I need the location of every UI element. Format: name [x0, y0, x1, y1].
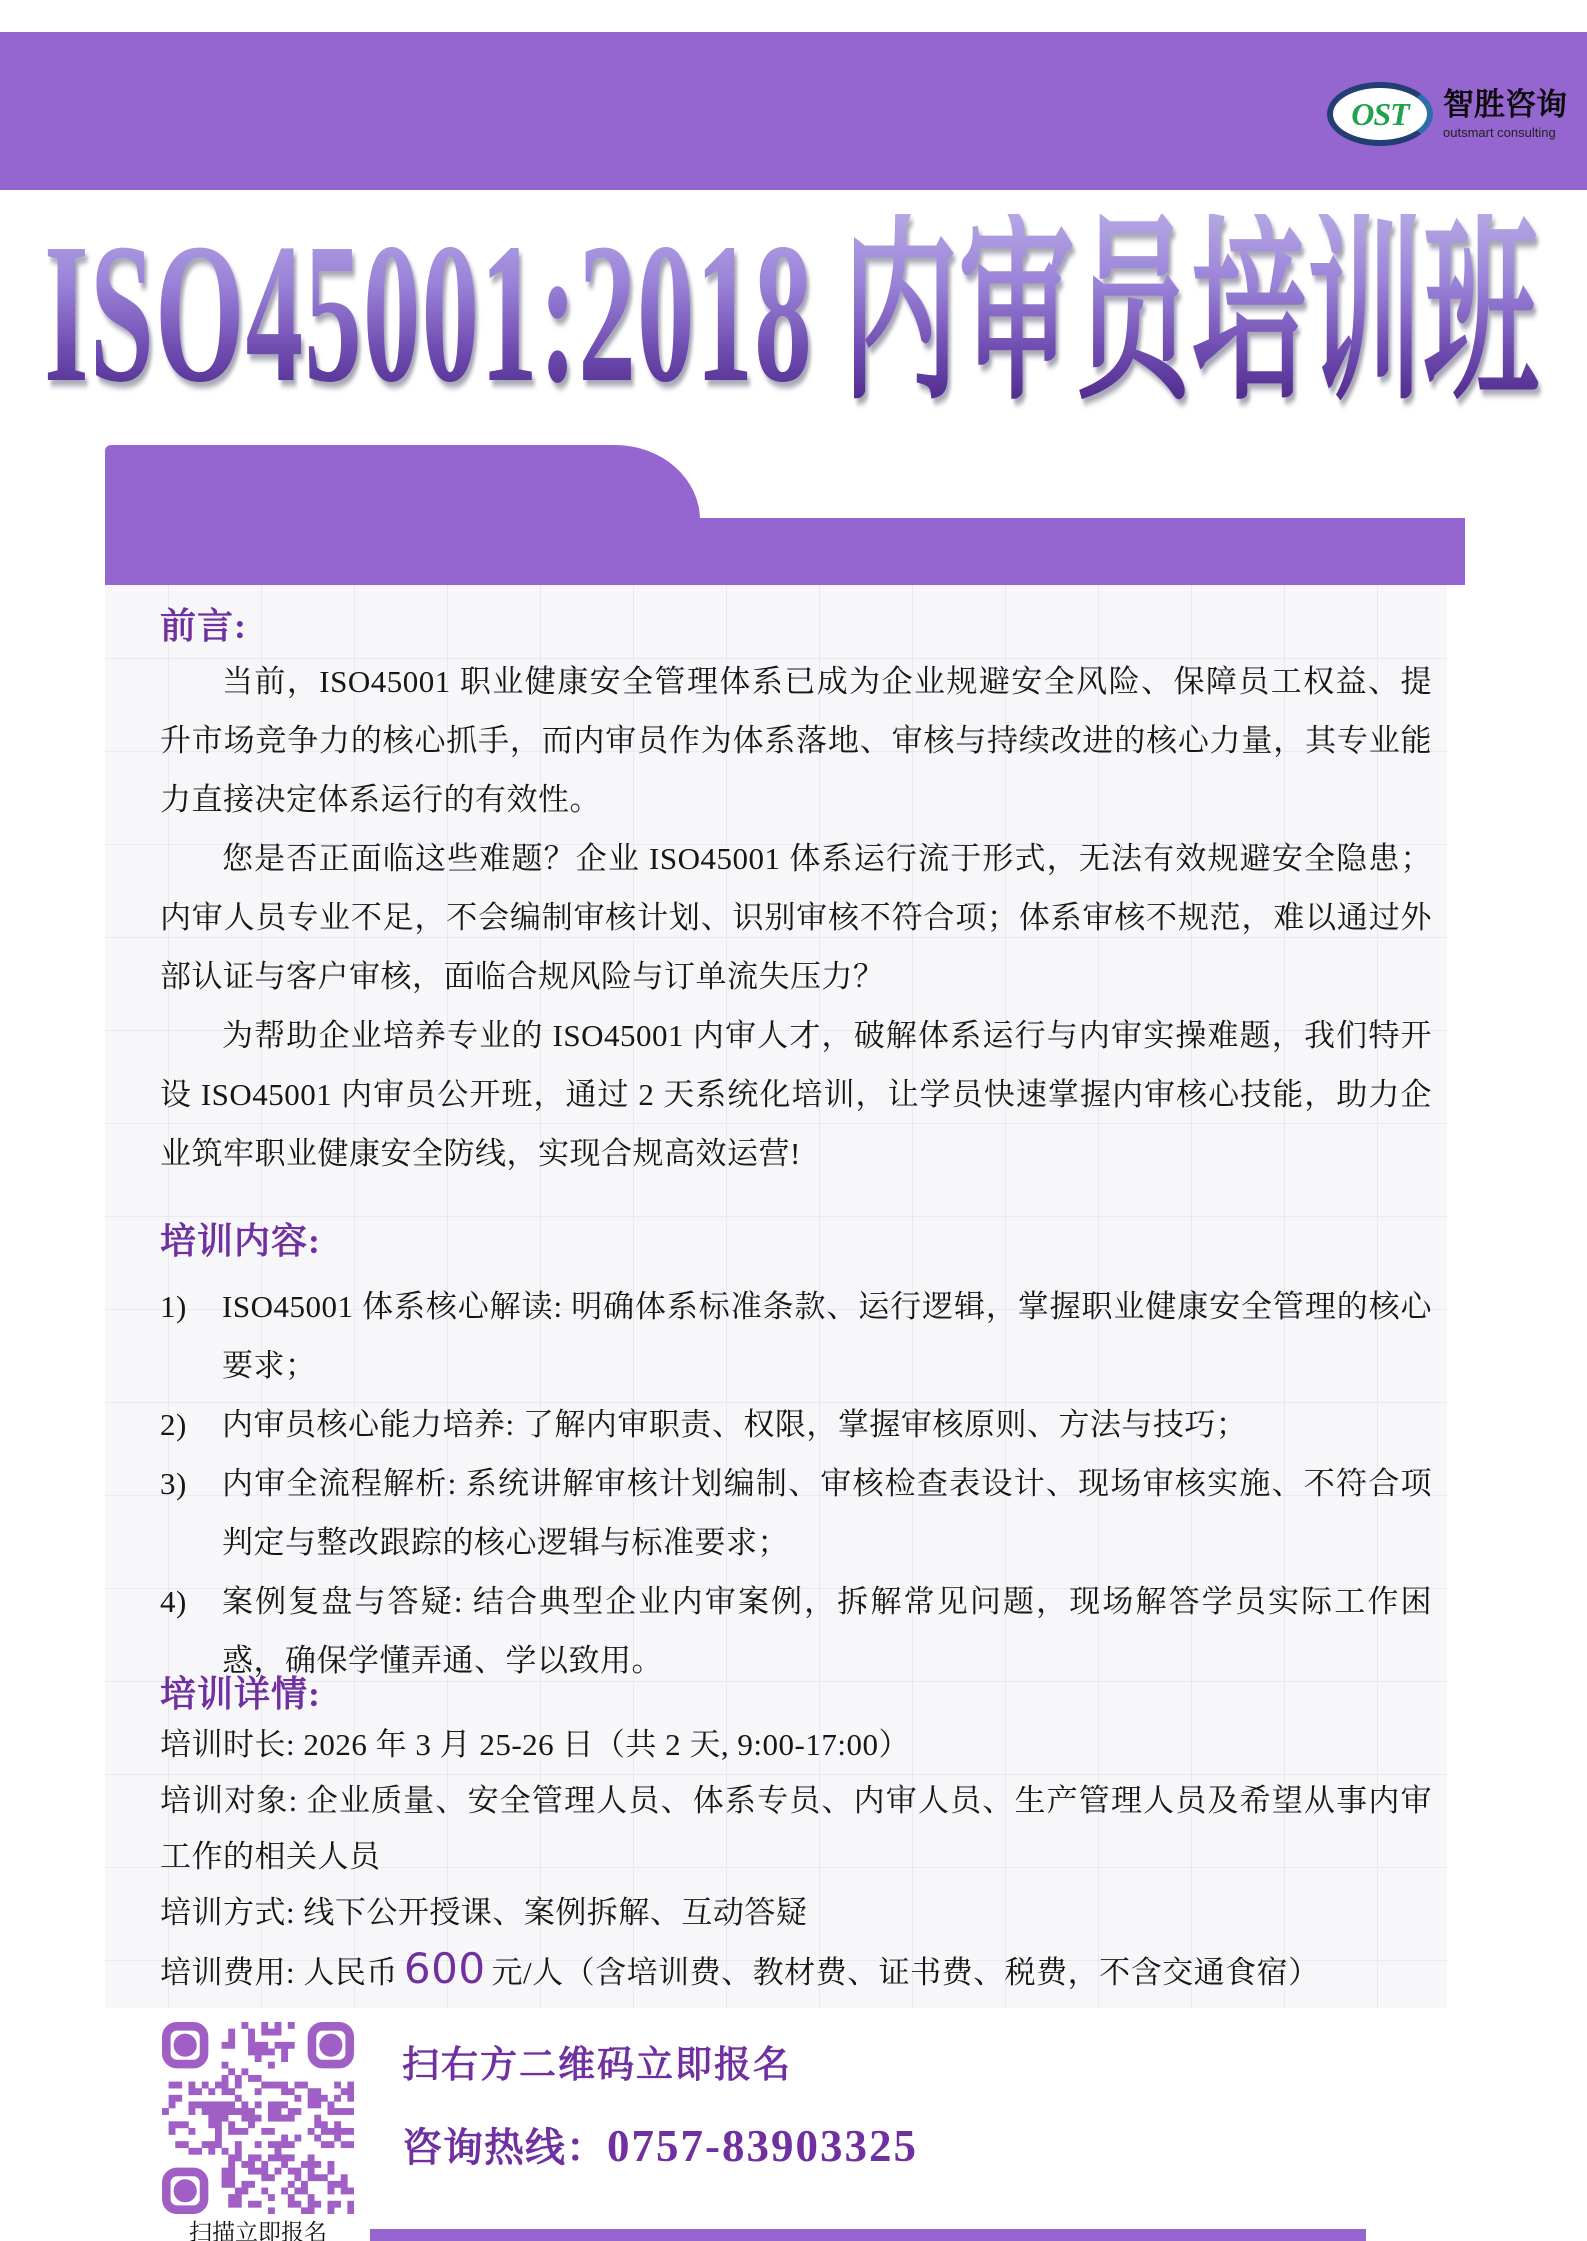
detail-fee: 培训费用: 人民币600元/人（含培训费、教材费、证书费、税费，不含交通食宿）	[160, 1941, 1432, 2001]
course-title: ISO45001:2018 内审员培训班	[44, 214, 1540, 414]
preface-heading: 前言:	[160, 598, 247, 649]
content-heading: 培训内容:	[160, 1213, 321, 1264]
fee-amount: 600	[398, 1944, 492, 1993]
qr-code	[162, 2022, 354, 2214]
content-list: 1) ISO45001 体系核心解读: 明确体系标准条款、运行逻辑，掌握职业健康…	[160, 1277, 1432, 1690]
qr-code-graphic	[162, 2022, 354, 2214]
fee-pre: 人民币	[303, 1955, 398, 1990]
flyer-page: OST 智胜咨询 outsmart consulting ISO45001:20…	[0, 0, 1587, 2241]
qr-finder-bottom-left	[166, 2172, 204, 2210]
preface-paragraphs: 当前，ISO45001 职业健康安全管理体系已成为企业规避安全风险、保障员工权益…	[160, 652, 1432, 1183]
company-logo: OST 智胜咨询 outsmart consulting	[1327, 82, 1567, 146]
fee-label: 培训费用:	[160, 1955, 303, 1990]
hotline: 咨询热线：0757-83903325	[402, 2116, 918, 2173]
list-item: 2) 内审员核心能力培养: 了解内审职责、权限，掌握审核原则、方法与技巧；	[160, 1395, 1432, 1454]
list-item-number: 2)	[160, 1395, 222, 1454]
list-item-number: 3)	[160, 1454, 222, 1572]
preface-paragraph: 为帮助企业培养专业的 ISO45001 内审人才，破解体系运行与内审实操难题，我…	[160, 1006, 1432, 1183]
company-name: 智胜咨询	[1443, 88, 1567, 122]
hotline-number: 0757-83903325	[607, 2121, 918, 2171]
list-item-text: ISO45001 体系核心解读: 明确体系标准条款、运行逻辑，掌握职业健康安全管…	[222, 1277, 1432, 1395]
hotline-label: 咨询热线：	[402, 2125, 607, 2170]
list-item-text: 案例复盘与答疑: 结合典型企业内审案例，拆解常见问题，现场解答学员实际工作困惑，…	[222, 1572, 1432, 1690]
company-tagline: outsmart consulting	[1443, 126, 1567, 140]
detail-method: 培训方式: 线下公开授课、案例拆解、互动答疑	[160, 1885, 1432, 1941]
qr-caption: 扫描立即报名	[162, 2214, 354, 2241]
fee-post: 元/人（含培训费、教材费、证书费、税费，不含交通食宿）	[492, 1955, 1320, 1990]
tab-band	[105, 518, 1465, 585]
qr-finder-top-right	[312, 2026, 350, 2064]
signup-cta: 扫右方二维码立即报名	[402, 2034, 792, 2088]
list-item: 3) 内审全流程解析: 系统讲解审核计划编制、审核检查表设计、现场审核实施、不符…	[160, 1454, 1432, 1572]
list-item-number: 1)	[160, 1277, 222, 1395]
qr-finder-top-left	[166, 2026, 204, 2064]
bottom-accent-bar	[370, 2229, 1366, 2241]
list-item-text: 内审员核心能力培养: 了解内审职责、权限，掌握审核原则、方法与技巧；	[222, 1395, 1432, 1454]
logo-abbr: OST	[1351, 96, 1408, 133]
list-item: 4) 案例复盘与答疑: 结合典型企业内审案例，拆解常见问题，现场解答学员实际工作…	[160, 1572, 1432, 1690]
logo-ring-icon: OST	[1327, 82, 1433, 146]
preface-paragraph: 当前，ISO45001 职业健康安全管理体系已成为企业规避安全风险、保障员工权益…	[160, 652, 1432, 829]
list-item: 1) ISO45001 体系核心解读: 明确体系标准条款、运行逻辑，掌握职业健康…	[160, 1277, 1432, 1395]
header-banner: OST 智胜咨询 outsmart consulting	[0, 32, 1587, 190]
list-item-text: 内审全流程解析: 系统讲解审核计划编制、审核检查表设计、现场审核实施、不符合项判…	[222, 1454, 1432, 1572]
details-heading: 培训详情:	[160, 1666, 321, 1717]
detail-audience: 培训对象: 企业质量、安全管理人员、体系专员、内审人员、生产管理人员及希望从事内…	[160, 1773, 1432, 1885]
preface-paragraph: 您是否正面临这些难题？企业 ISO45001 体系运行流于形式，无法有效规避安全…	[160, 829, 1432, 1006]
logo-text: 智胜咨询 outsmart consulting	[1443, 88, 1567, 140]
detail-duration: 培训时长: 2026 年 3 月 25-26 日（共 2 天, 9:00-17:…	[160, 1717, 1432, 1773]
details-rows: 培训时长: 2026 年 3 月 25-26 日（共 2 天, 9:00-17:…	[160, 1717, 1432, 2001]
